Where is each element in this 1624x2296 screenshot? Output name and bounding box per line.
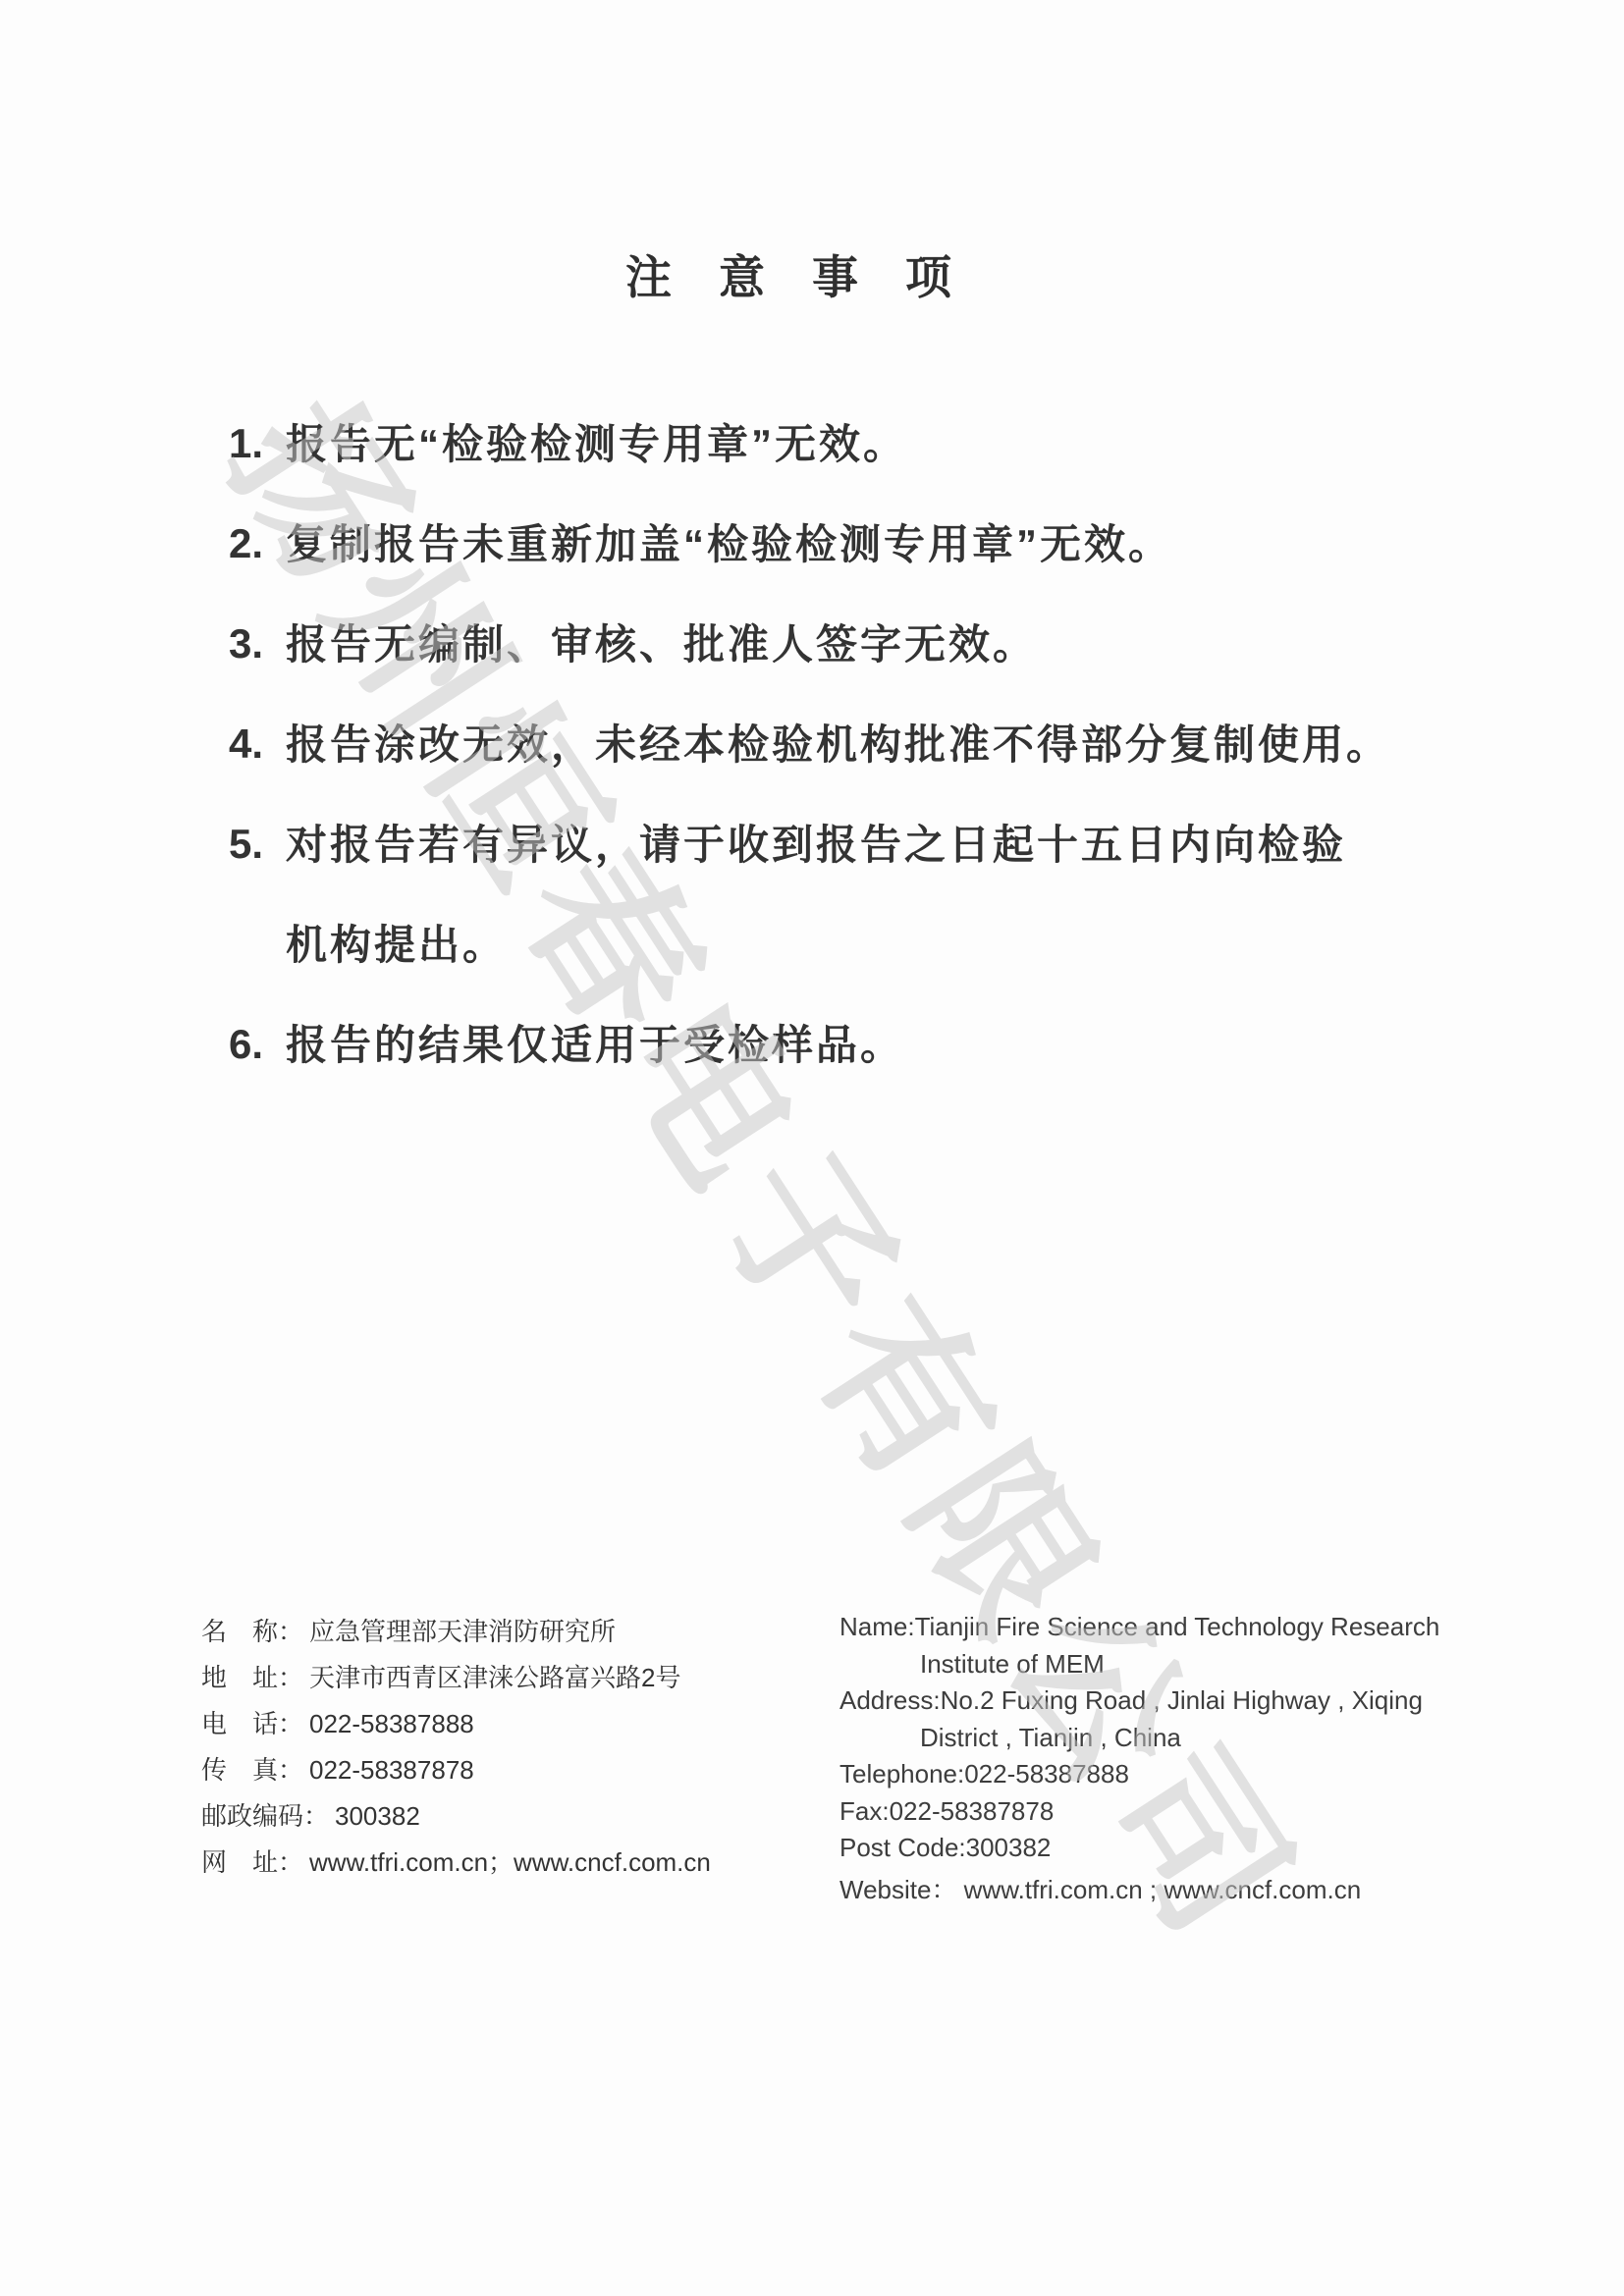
contact-row-website: 网 址：www.tfri.com.cn；www.cncf.com.cn [201,1842,711,1889]
contact-value: 应急管理部天津消防研究所 [309,1617,616,1646]
notice-line: 4. 报告涂改无效，未经本检验机构批准不得部分复制使用。 [229,721,1506,821]
contact-value: 022-58387878 [309,1755,474,1785]
contact-row-telephone: 电 话：022-58387888 [201,1704,711,1750]
notice-text: 报告涂改无效，未经本检验机构批准不得部分复制使用。 [286,721,1390,770]
contact-en-address-continuation: District , Tianjin , China [839,1723,1439,1760]
notice-text: 复制报告未重新加盖“检验检测专用章”无效。 [286,520,1172,569]
notice-text: 报告无“检验检测专用章”无效。 [286,420,907,469]
notice-text: 机构提出。 [286,921,507,970]
notice-line: 5. 对报告若有异议，请于收到报告之日起十五日内向检验 [229,821,1506,921]
contact-en-telephone: Telephone:022-58387888 [839,1759,1439,1796]
contact-value: 300382 [335,1801,420,1831]
report-notice-page: 注意事项 1. 报告无“检验检测专用章”无效。 2. 复制报告未重新加盖“检验检… [0,0,1624,2296]
contact-value: 天津市西青区津涞公路富兴路2号 [309,1663,680,1692]
notice-number: 2. [229,520,286,567]
contact-label: 网 址： [201,1842,303,1879]
notice-number: 1. [229,420,286,467]
notice-number: 5. [229,821,286,868]
notice-line: 2. 复制报告未重新加盖“检验检测专用章”无效。 [229,520,1506,620]
page-title: 注意事项 [0,241,1624,307]
contact-label: 地 址： [201,1658,303,1694]
notice-list: 1. 报告无“检验检测专用章”无效。 2. 复制报告未重新加盖“检验检测专用章”… [229,420,1506,1121]
contact-en-name: Name:Tianjin Fire Science and Technology… [839,1612,1439,1649]
contact-row-postcode: 邮政编码：300382 [201,1796,711,1842]
contact-label: 传 真： [201,1750,303,1787]
notice-line: 6. 报告的结果仅适用于受检样品。 [229,1021,1506,1121]
contact-info-chinese: 名 称：应急管理部天津消防研究所 地 址：天津市西青区津涞公路富兴路2号 电 话… [201,1612,711,1889]
contact-row-name: 名 称：应急管理部天津消防研究所 [201,1612,711,1658]
contact-en-address: Address:No.2 Fuxing Road , Jinlai Highwa… [839,1685,1439,1723]
contact-label: 名 称： [201,1612,303,1648]
contact-value: 022-58387888 [309,1709,474,1738]
contact-en-name-continuation: Institute of MEM [839,1649,1439,1686]
notice-line-continuation: 机构提出。 [229,921,1506,1021]
contact-en-fax: Fax:022-58387878 [839,1796,1439,1834]
notice-text: 报告的结果仅适用于受检样品。 [286,1021,904,1070]
contact-row-fax: 传 真：022-58387878 [201,1750,711,1796]
contact-row-address: 地 址：天津市西青区津涞公路富兴路2号 [201,1658,711,1704]
notice-number: 6. [229,1021,286,1068]
notice-line: 3. 报告无编制、审核、批准人签字无效。 [229,620,1506,721]
contact-en-website: Website： www.tfri.com.cn ; www.cncf.com.… [839,1870,1439,1907]
notice-text: 报告无编制、审核、批准人签字无效。 [286,620,1037,669]
contact-value: www.tfri.com.cn；www.cncf.com.cn [309,1847,711,1877]
notice-line: 1. 报告无“检验检测专用章”无效。 [229,420,1506,520]
contact-label: 邮政编码： [201,1796,329,1833]
contact-en-postcode: Post Code:300382 [839,1833,1439,1870]
notice-number: 3. [229,620,286,667]
contact-label: 电 话： [201,1704,303,1740]
contact-info-english: Name:Tianjin Fire Science and Technology… [839,1612,1439,1906]
notice-text: 对报告若有异议，请于收到报告之日起十五日内向检验 [286,821,1346,870]
notice-number: 4. [229,721,286,768]
